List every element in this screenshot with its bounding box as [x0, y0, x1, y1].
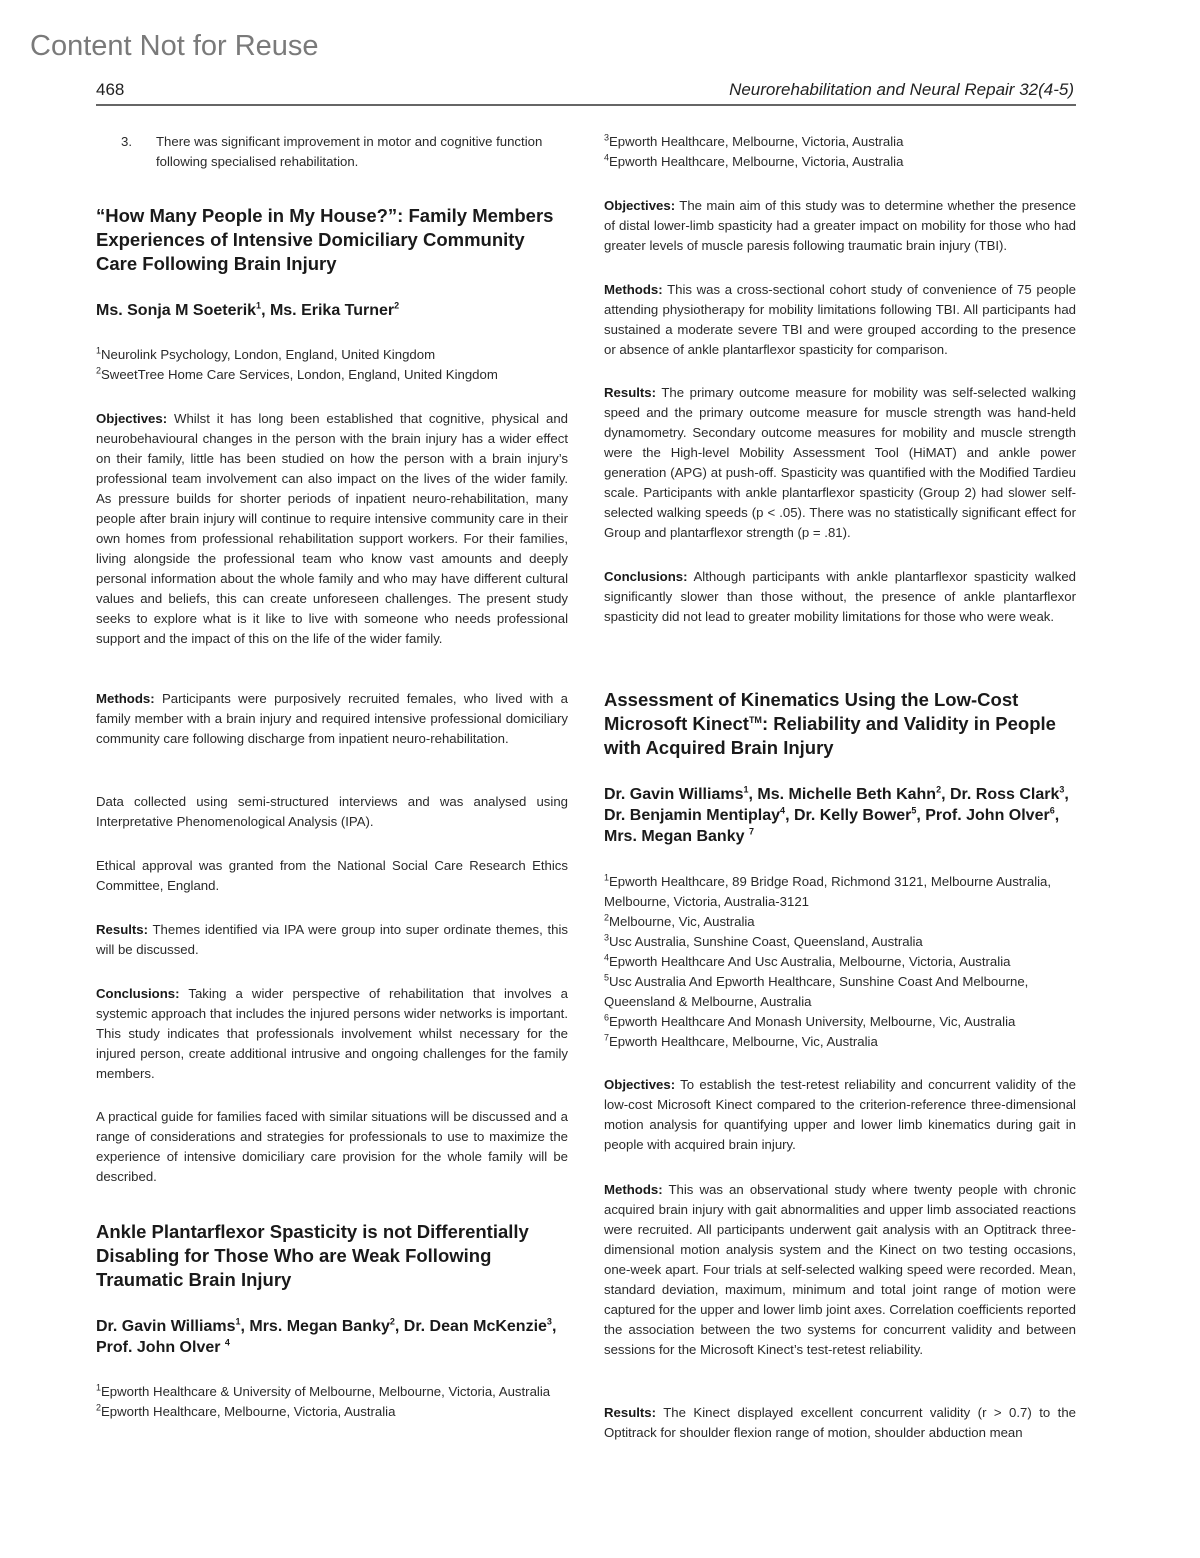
affiliation: 3Epworth Healthcare, Melbourne, Victoria… [604, 132, 1076, 152]
abstract-authors: Ms. Sonja M Soeterik1, Ms. Erika Turner2 [96, 300, 568, 321]
affiliation: 1Neurolink Psychology, London, England, … [96, 345, 568, 365]
abstract-title: Ankle Plantarflexor Spasticity is not Di… [96, 1220, 568, 1292]
abstract-title: “How Many People in My House?”: Family M… [96, 204, 568, 276]
results-paragraph: Results: Themes identified via IPA were … [96, 920, 568, 960]
results-paragraph: Results: The Kinect displayed excellent … [604, 1403, 1076, 1443]
conclusions-paragraph-2: A practical guide for families faced wit… [96, 1107, 568, 1187]
abstract-affiliations-continued: 3Epworth Healthcare, Melbourne, Victoria… [604, 132, 1076, 172]
running-head: 468 Neurorehabilitation and Neural Repai… [96, 78, 1076, 104]
trademark-symbol: TM [749, 715, 762, 725]
affiliation: 4Epworth Healthcare, Melbourne, Victoria… [604, 152, 1076, 172]
section-label: Methods: [604, 282, 663, 297]
section-label: Objectives: [604, 1077, 675, 1092]
results-paragraph: Results: The primary outcome measure for… [604, 383, 1076, 543]
abstract-authors: Dr. Gavin Williams1, Ms. Michelle Beth K… [604, 784, 1076, 847]
abstract-affiliations: 1Epworth Healthcare, 89 Bridge Road, Ric… [604, 872, 1076, 1052]
section-label: Methods: [96, 691, 155, 706]
list-text: There was significant improvement in mot… [156, 132, 568, 172]
affiliation: 2Epworth Healthcare, Melbourne, Victoria… [96, 1402, 568, 1422]
page-number: 468 [96, 80, 124, 100]
abstract-title: Assessment of Kinematics Using the Low-C… [604, 688, 1076, 760]
methods-paragraph-3: Ethical approval was granted from the Na… [96, 856, 568, 896]
journal-title: Neurorehabilitation and Neural Repair 32… [729, 80, 1074, 100]
section-label: Conclusions: [604, 569, 688, 584]
methods-paragraph: Methods: Participants were purposively r… [96, 689, 568, 749]
section-label: Methods: [604, 1182, 663, 1197]
methods-paragraph: Methods: This was a cross-sectional coho… [604, 280, 1076, 360]
list-number: 3. [96, 132, 156, 172]
objectives-paragraph: Objectives: Whilst it has long been esta… [96, 409, 568, 649]
conclusions-paragraph: Conclusions: Although participants with … [604, 567, 1076, 627]
abstract-affiliations: 1Neurolink Psychology, London, England, … [96, 345, 568, 385]
affiliation: 2Melbourne, Vic, Australia [604, 912, 1076, 932]
section-label: Results: [96, 922, 148, 937]
watermark: Content Not for Reuse [30, 30, 319, 63]
section-label: Conclusions: [96, 986, 180, 1001]
methods-paragraph: Methods: This was an observational study… [604, 1180, 1076, 1360]
carryover-list-item: 3. There was significant improvement in … [96, 132, 568, 172]
section-label: Objectives: [96, 411, 167, 426]
affiliation: 5Usc Australia And Epworth Healthcare, S… [604, 972, 1076, 1012]
methods-paragraph-2: Data collected using semi-structured int… [96, 792, 568, 832]
section-label: Results: [604, 1405, 656, 1420]
objectives-paragraph: Objectives: To establish the test-retest… [604, 1075, 1076, 1155]
section-label: Objectives: [604, 198, 675, 213]
abstract-affiliations: 1Epworth Healthcare & University of Melb… [96, 1382, 568, 1422]
affiliation: 3Usc Australia, Sunshine Coast, Queensla… [604, 932, 1076, 952]
affiliation: 1Epworth Healthcare, 89 Bridge Road, Ric… [604, 872, 1076, 912]
section-label: Results: [604, 385, 656, 400]
affiliation: 1Epworth Healthcare & University of Melb… [96, 1382, 568, 1402]
affiliation: 2SweetTree Home Care Services, London, E… [96, 365, 568, 385]
header-rule [96, 104, 1076, 106]
abstract-authors: Dr. Gavin Williams1, Mrs. Megan Banky2, … [96, 1316, 568, 1358]
affiliation: 6Epworth Healthcare And Monash Universit… [604, 1012, 1076, 1032]
affiliation: 7Epworth Healthcare, Melbourne, Vic, Aus… [604, 1032, 1076, 1052]
objectives-paragraph: Objectives: The main aim of this study w… [604, 196, 1076, 256]
affiliation: 4Epworth Healthcare And Usc Australia, M… [604, 952, 1076, 972]
conclusions-paragraph: Conclusions: Taking a wider perspective … [96, 984, 568, 1084]
